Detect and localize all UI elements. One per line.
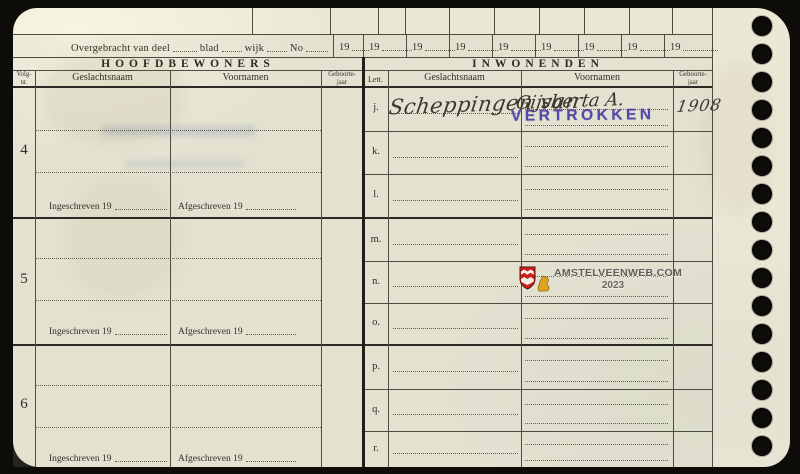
dotted-writing-line (525, 318, 668, 319)
year-cell: 19 (664, 38, 722, 53)
punch-hole (752, 184, 772, 204)
row-letter: k. (365, 146, 387, 157)
col-header-geboortejaar-line1: Geboorte- (328, 71, 356, 78)
dotted-fill (246, 334, 296, 335)
dotted-writing-line (35, 258, 321, 259)
dotted-fill (115, 209, 167, 210)
dotted-writing-line (525, 146, 668, 147)
dotted-writing-line (35, 300, 321, 301)
col-header-geboortejaar-left: Geboorte- jaar (321, 71, 363, 86)
dotted-writing-line (525, 460, 668, 461)
dotted-writing-line (35, 385, 321, 386)
watermark-year: 2023 (554, 280, 672, 291)
punch-hole (752, 296, 772, 316)
col-header-geslachtsnaam-left: Geslachtsnaam (35, 72, 170, 83)
dotted-fill (222, 51, 242, 52)
col-header-geboortejaar-line2: jaar (688, 79, 698, 86)
row-number: 5 (13, 271, 35, 288)
dotted-fill (246, 209, 296, 210)
grid-line (378, 8, 379, 34)
afgeschreven-text: Afgeschreven 19 (178, 327, 243, 337)
dotted-writing-line (525, 209, 668, 210)
col-header-voornamen-right: Voornamen (521, 72, 673, 83)
year-cell-label: 19 (369, 42, 380, 53)
afgeschreven-label: Afgeschreven 19 (178, 451, 296, 464)
dotted-writing-line (393, 200, 518, 201)
row-letter: p. (365, 361, 387, 372)
grid-line (584, 8, 585, 34)
dotted-writing-line (35, 427, 321, 428)
row-letter: l. (365, 189, 387, 200)
row-letter: m. (365, 234, 387, 245)
amstelveen-crest-icon (519, 266, 551, 296)
grid-line (363, 431, 713, 432)
handwritten-geboortejaar: 1908 (675, 95, 723, 116)
grid-line (539, 8, 540, 34)
dotted-writing-line (525, 166, 668, 167)
dotted-writing-line (393, 328, 518, 329)
year-cell-label: 19 (455, 42, 466, 53)
row-number: 6 (13, 396, 35, 413)
dotted-fill (246, 461, 296, 462)
dotted-writing-line (393, 371, 518, 372)
punch-hole (752, 240, 772, 260)
afgeschreven-label: Afgeschreven 19 (178, 324, 296, 337)
afgeschreven-text: Afgeschreven 19 (178, 454, 243, 464)
row-letter: o. (365, 317, 387, 328)
dotted-writing-line (525, 381, 668, 382)
wijk-label: wijk (245, 43, 264, 54)
punch-hole (752, 268, 772, 288)
vertrokken-stamp: VERTROKKEN (511, 106, 655, 126)
col-header-lett: Lett. (363, 74, 388, 85)
punch-hole (752, 16, 772, 36)
col-header-volgnr-line2: nr. (21, 79, 28, 86)
watermark-site: AMSTELVEENWEB.COM (554, 267, 682, 279)
row-letter: q. (365, 404, 387, 415)
grid-line (252, 8, 253, 34)
grid-line (363, 261, 713, 262)
grid-line (494, 8, 495, 34)
grid-line (363, 303, 713, 304)
punch-hole (752, 408, 772, 428)
ink-smudge (101, 126, 256, 136)
grid-line (405, 8, 406, 34)
ingeschreven-text: Ingeschreven 19 (49, 454, 112, 464)
dotted-writing-line (35, 172, 321, 173)
col-header-geboortejaar-line2: jaar (337, 79, 347, 86)
dotted-writing-line (393, 286, 518, 287)
dotted-fill (683, 50, 719, 51)
ingeschreven-label: Ingeschreven 19 (49, 199, 167, 212)
dotted-writing-line (525, 360, 668, 361)
afgeschreven-label: Afgeschreven 19 (178, 199, 296, 212)
overgebracht-row: Overgebracht van deel blad wijk No (71, 36, 331, 54)
col-header-volgnr: Volg- nr. (13, 71, 35, 86)
dotted-fill (267, 51, 287, 52)
punch-hole (752, 72, 772, 92)
grid-line (330, 8, 331, 34)
row-letter: j. (365, 102, 387, 113)
punch-hole (752, 156, 772, 176)
year-cell-label: 19 (498, 42, 509, 53)
blad-label: blad (200, 43, 219, 54)
dotted-writing-line (525, 338, 668, 339)
dotted-writing-line (525, 296, 668, 297)
dotted-fill (173, 51, 197, 52)
col-header-geslachtsnaam-right: Geslachtsnaam (388, 72, 521, 83)
no-label: No (290, 43, 303, 54)
dotted-writing-line (525, 444, 668, 445)
dotted-fill (115, 461, 167, 462)
scan-background: Overgebracht van deel blad wijk No 19 19… (0, 0, 800, 474)
dotted-writing-line (393, 244, 518, 245)
ingeschreven-text: Ingeschreven 19 (49, 202, 112, 212)
register-card: Overgebracht van deel blad wijk No 19 19… (13, 8, 790, 467)
bleed-through-mark (68, 178, 178, 298)
row-number: 4 (13, 142, 35, 159)
grid-line (388, 70, 389, 467)
ingeschreven-label: Ingeschreven 19 (49, 451, 167, 464)
row-letter: n. (365, 276, 387, 287)
dotted-writing-line (525, 189, 668, 190)
dotted-writing-line (393, 414, 518, 415)
year-cell-label: 19 (412, 42, 423, 53)
year-cell-label: 19 (627, 42, 638, 53)
punch-hole (752, 212, 772, 232)
dotted-writing-line (393, 157, 518, 158)
col-header-geboortejaar-right: Geboorte- jaar (673, 71, 713, 86)
dotted-fill (115, 334, 167, 335)
dotted-writing-line (393, 453, 518, 454)
punch-hole (752, 100, 772, 120)
col-header-voornamen-left: Voornamen (170, 72, 321, 83)
grid-line (672, 8, 673, 34)
dotted-writing-line (525, 423, 668, 424)
punch-hole (752, 380, 772, 400)
year-cell-label: 19 (541, 42, 552, 53)
punch-hole (752, 352, 772, 372)
punch-hole (752, 44, 772, 64)
grid-line (321, 70, 322, 467)
row-letter: r. (365, 443, 387, 454)
col-header-volgnr-line1: Volg- (17, 71, 32, 78)
dotted-writing-line (525, 404, 668, 405)
dotted-writing-line (525, 254, 668, 255)
grid-line (363, 131, 713, 132)
grid-line (629, 8, 630, 34)
grid-line (363, 389, 713, 390)
grid-line (363, 174, 713, 175)
overgebracht-label: Overgebracht van deel (71, 43, 170, 54)
year-cell-label: 19 (670, 42, 681, 53)
afgeschreven-text: Afgeschreven 19 (178, 202, 243, 212)
ink-smudge (125, 160, 245, 168)
section-title-inwonenden: INWONENDEN (363, 58, 713, 70)
year-cell-label: 19 (584, 42, 595, 53)
ingeschreven-label: Ingeschreven 19 (49, 324, 167, 337)
section-title-hoofdbewoners: HOOFDBEWONERS (13, 58, 363, 70)
ingeschreven-text: Ingeschreven 19 (49, 327, 112, 337)
punch-hole (752, 436, 772, 456)
col-header-geboortejaar-line1: Geboorte- (679, 71, 707, 78)
dotted-writing-line (525, 234, 668, 235)
punch-hole (752, 324, 772, 344)
year-cell-label: 19 (339, 42, 350, 53)
grid-line (449, 8, 450, 34)
dotted-fill (306, 51, 328, 52)
punch-hole (752, 128, 772, 148)
